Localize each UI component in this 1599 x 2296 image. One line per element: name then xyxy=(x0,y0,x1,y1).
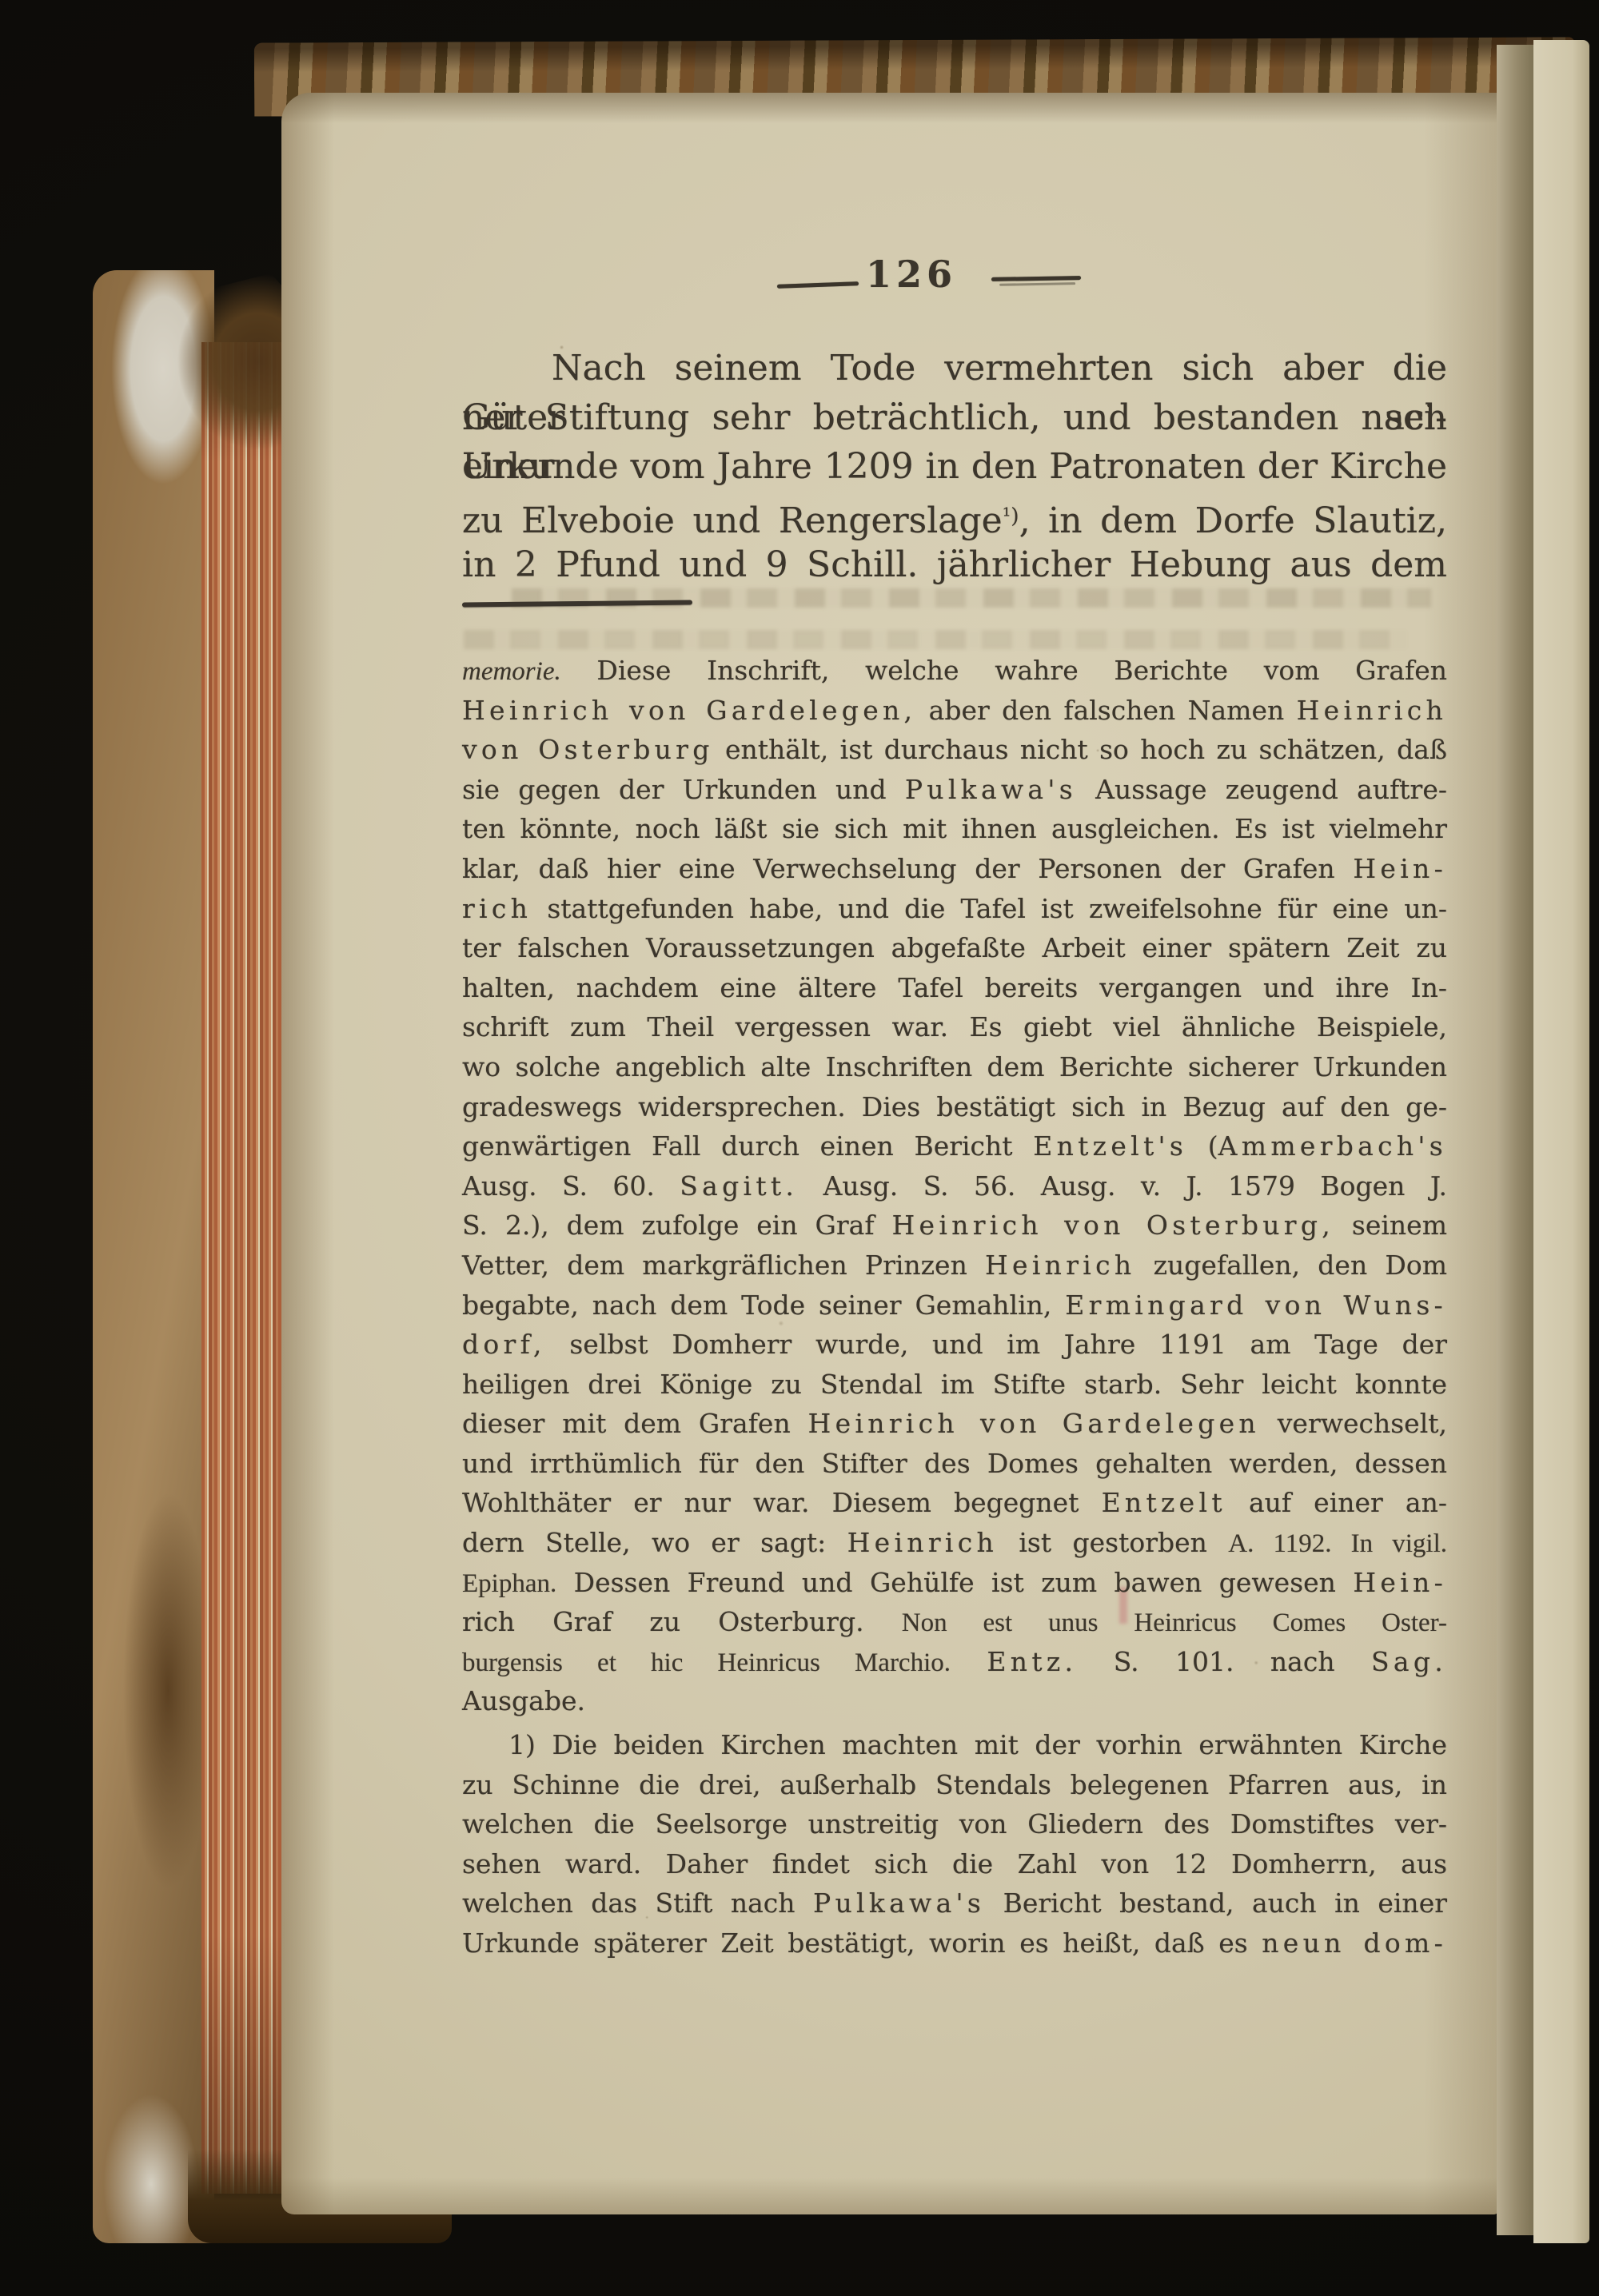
text-segment: aber den falschen Namen xyxy=(916,695,1296,726)
text-segment: zugefallen, den Dom xyxy=(1135,1250,1447,1281)
text-segment: Heinrich xyxy=(985,1250,1135,1281)
text-line: sehen ward. Daher findet sich die Zahl v… xyxy=(462,1844,1447,1884)
book-cover-edge xyxy=(93,270,214,2243)
text-segment: Ausg. S. 56. Ausg. v. J. 1579 Bogen J. xyxy=(798,1170,1447,1202)
text-line: klar, daß hier eine Verwechselung der Pe… xyxy=(462,849,1447,889)
text-line: ten könnte, noch läßt sie sich mit ihnen… xyxy=(462,809,1447,849)
text-segment: S. 2.), dem zufolge ein Graf xyxy=(462,1210,891,1241)
text-line: ter falschen Voraussetzungen abgefaßte A… xyxy=(462,928,1447,968)
text-segment: wo solche angeblich alte Inschriften dem… xyxy=(462,1051,1447,1082)
text-segment: auf einer an- xyxy=(1226,1487,1447,1518)
text-segment: memorie. xyxy=(462,657,561,686)
text-segment: Entz. xyxy=(987,1646,1077,1677)
text-line: gradeswegs widersprechen. Dies bestätigt… xyxy=(462,1087,1447,1127)
text-segment: dieser mit dem Grafen xyxy=(462,1408,808,1439)
text-segment: Bericht bestand, auch in einer xyxy=(985,1887,1447,1919)
page-gutter xyxy=(1497,45,1533,2235)
text-segment: selbst Domherr wurde, und im Jahre 1191 … xyxy=(546,1329,1447,1360)
text-segment: Non est unus Heinricus Comes Oster- xyxy=(902,1608,1447,1637)
text-segment: ( xyxy=(1187,1130,1218,1162)
text-line: schrift zum Theil vergessen war. Es gieb… xyxy=(462,1007,1447,1047)
text-line: Ausg. S. 60. Sagitt. Ausg. S. 56. Ausg. … xyxy=(462,1166,1447,1206)
text-line: rich stattgefunden habe, und die Tafel i… xyxy=(462,889,1447,929)
text-line: genwärtigen Fall durch einen Bericht Ent… xyxy=(462,1126,1447,1166)
text-line: Urkunde späterer Zeit bestätigt, worin e… xyxy=(462,1923,1447,1963)
text-segment: Hein- xyxy=(1353,853,1447,884)
text-line: welchen das Stift nach Pulkawa's Bericht… xyxy=(462,1883,1447,1923)
text-line: rich Graf zu Osterburg. Non est unus Hei… xyxy=(462,1602,1447,1642)
footnote-continuation: memorie. Diese Inschrift, welche wahre B… xyxy=(462,651,1447,1721)
text-segment: Heinrich von Gardelegen xyxy=(808,1408,1260,1439)
text-segment: Heinrich xyxy=(847,1527,998,1558)
text-segment: A. 1192. In vigil. xyxy=(1228,1529,1447,1558)
text-segment: Ammerbach's xyxy=(1218,1130,1447,1162)
text-line: sie gegen der Urkunden und Pulkawa's Aus… xyxy=(462,770,1447,810)
text-segment: Heinrich von Osterburg, xyxy=(891,1210,1334,1241)
text-segment: halten, nachdem eine ältere Tafel bereit… xyxy=(462,972,1447,1003)
text-segment: zu Elveboie und Rengerslage xyxy=(462,500,1003,540)
text-line: Epiphan. Dessen Freund und Gehülfe ist z… xyxy=(462,1563,1447,1603)
text-line: S. 2.), dem zufolge ein Graf Heinrich vo… xyxy=(462,1206,1447,1246)
text-line: dieser mit dem Grafen Heinrich von Garde… xyxy=(462,1404,1447,1444)
text-segment: Urkunde späterer Zeit bestätigt, worin e… xyxy=(462,1927,1262,1959)
text-line: zu Elveboie und Rengerslage¹), in dem Do… xyxy=(462,492,1447,541)
text-line: dern Stelle, wo er sagt: Heinrich ist ge… xyxy=(462,1523,1447,1563)
text-segment: klar, daß hier eine Verwechselung der Pe… xyxy=(462,853,1353,884)
text-segment: heiligen drei Könige zu Stendal im Stift… xyxy=(462,1369,1447,1400)
text-segment: neun dom- xyxy=(1262,1927,1447,1959)
text-line: zu Schinne die drei, außerhalb Stendals … xyxy=(462,1765,1447,1805)
text-segment: dorf, xyxy=(462,1329,546,1360)
text-line: und irrthümlich für den Stifter des Dome… xyxy=(462,1444,1447,1484)
text-segment: ¹) xyxy=(1003,504,1019,528)
text-segment: seinem xyxy=(1334,1210,1447,1241)
text-line: 1) Die beiden Kirchen machten mit der vo… xyxy=(462,1725,1447,1765)
text-segment: welchen die Seelsorge unstreitig von Gli… xyxy=(462,1808,1447,1840)
text-segment: welchen das Stift nach xyxy=(462,1887,813,1919)
text-line: Ausgabe. xyxy=(462,1681,1447,1721)
text-line: Nach seinem Tode vermehrten sich aber di… xyxy=(462,344,1447,393)
text-segment: enthält, ist durchaus nicht so hoch zu s… xyxy=(714,734,1447,765)
text-segment: Ermingard von Wuns- xyxy=(1065,1290,1447,1321)
text-line: Vetter, dem markgräflichen Prinzen Heinr… xyxy=(462,1246,1447,1286)
text-segment: 1) Die beiden Kirchen machten mit der vo… xyxy=(508,1729,1447,1760)
text-segment: sehen ward. Daher findet sich die Zahl v… xyxy=(462,1848,1447,1879)
show-through-text xyxy=(464,630,1407,649)
text-segment: burgensis et hic Heinricus Marchio. xyxy=(462,1648,951,1677)
text-line: heiligen drei Könige zu Stendal im Stift… xyxy=(462,1365,1447,1405)
text-segment: stattgefunden habe, und die Tafel ist zw… xyxy=(532,893,1447,924)
text-segment: ten könnte, noch läßt sie sich mit ihnen… xyxy=(462,813,1447,844)
text-segment: in 2 Pfund und 9 Schill. jährlicher Hebu… xyxy=(462,544,1447,585)
text-segment: Sag. xyxy=(1371,1646,1447,1677)
text-segment: Aussage zeugend auftre- xyxy=(1077,774,1447,805)
text-line: Urkunde vom Jahre 1209 in den Patronaten… xyxy=(462,442,1447,492)
text-segment: sie gegen der Urkunden und xyxy=(462,774,905,805)
text-line: wo solche angeblich alte Inschriften dem… xyxy=(462,1047,1447,1087)
text-segment: zu Schinne die drei, außerhalb Stendals … xyxy=(462,1769,1447,1800)
text-segment: rich Graf zu Osterburg. xyxy=(462,1606,902,1637)
text-segment: Vetter, dem markgräflichen Prinzen xyxy=(462,1250,985,1281)
text-segment: , in dem Dorfe Slautiz, xyxy=(1019,500,1447,540)
text-line: Heinrich von Gardelegen, aber den falsch… xyxy=(462,691,1447,731)
page-number: 126 xyxy=(831,253,991,296)
text-segment: verwechselt, xyxy=(1260,1408,1447,1439)
text-segment: von Osterburg xyxy=(462,734,714,765)
text-segment: und irrthümlich für den Stifter des Dome… xyxy=(462,1448,1447,1479)
text-segment: genwärtigen Fall durch einen Bericht xyxy=(462,1130,1033,1162)
footnote-1: 1) Die beiden Kirchen machten mit der vo… xyxy=(462,1725,1447,1963)
text-segment xyxy=(951,1646,987,1677)
text-segment: Epiphan. xyxy=(462,1569,556,1598)
text-segment: Dessen Freund und Gehülfe ist zum bawen … xyxy=(556,1567,1353,1598)
text-segment: Heinrich xyxy=(1297,695,1447,726)
text-segment: rich xyxy=(462,893,532,924)
text-segment: Wohlthäter er nur war. Diesem begegnet xyxy=(462,1487,1102,1518)
text-line: dorf, selbst Domherr wurde, und im Jahre… xyxy=(462,1325,1447,1365)
text-segment: S. 101. nach xyxy=(1077,1646,1371,1677)
text-line: begabte, nach dem Tode seiner Gemahlin, … xyxy=(462,1286,1447,1325)
facing-page-edge xyxy=(1533,40,1589,2243)
text-segment: Pulkawa's xyxy=(813,1887,985,1919)
text-segment: Urkunde vom Jahre 1209 in den Patronaten… xyxy=(462,446,1447,487)
text-segment: ter falschen Voraussetzungen abgefaßte A… xyxy=(462,932,1447,963)
text-segment: Heinrich von Gardelegen, xyxy=(462,695,916,726)
text-line: ner Stiftung sehr beträchtlich, und best… xyxy=(462,393,1447,443)
text-line: in 2 Pfund und 9 Schill. jährlicher Hebu… xyxy=(462,540,1447,590)
text-segment: schrift zum Theil vergessen war. Es gieb… xyxy=(462,1011,1447,1042)
text-segment: Sagitt. xyxy=(680,1170,798,1202)
text-line: halten, nachdem eine ältere Tafel bereit… xyxy=(462,968,1447,1008)
text-segment: Pulkawa's xyxy=(905,774,1077,805)
text-segment: begabte, nach dem Tode seiner Gemahlin, xyxy=(462,1290,1065,1321)
main-paragraph: Nach seinem Tode vermehrten sich aber di… xyxy=(462,344,1447,590)
text-segment: ist gestorben xyxy=(998,1527,1228,1558)
text-segment: Diese Inschrift, welche wahre Berichte v… xyxy=(561,655,1447,686)
text-segment: dern Stelle, wo er sagt: xyxy=(462,1527,847,1558)
text-segment: Entzelt's xyxy=(1033,1130,1187,1162)
text-line: memorie. Diese Inschrift, welche wahre B… xyxy=(462,651,1447,691)
text-line: welchen die Seelsorge unstreitig von Gli… xyxy=(462,1804,1447,1844)
text-line: burgensis et hic Heinricus Marchio. Entz… xyxy=(462,1642,1447,1682)
text-segment: gradeswegs widersprechen. Dies bestätigt… xyxy=(462,1091,1447,1122)
book-photo-scene: 126 Nach seinem Tode vermehrten sich abe… xyxy=(0,0,1599,2296)
text-line: von Osterburg enthält, ist durchaus nich… xyxy=(462,730,1447,770)
text-segment: Hein- xyxy=(1353,1567,1447,1598)
text-segment: Ausg. S. 60. xyxy=(462,1170,680,1202)
text-segment: Entzelt xyxy=(1102,1487,1226,1518)
text-line: Wohlthäter er nur war. Diesem begegnet E… xyxy=(462,1483,1447,1523)
text-segment: Ausgabe. xyxy=(462,1685,585,1716)
